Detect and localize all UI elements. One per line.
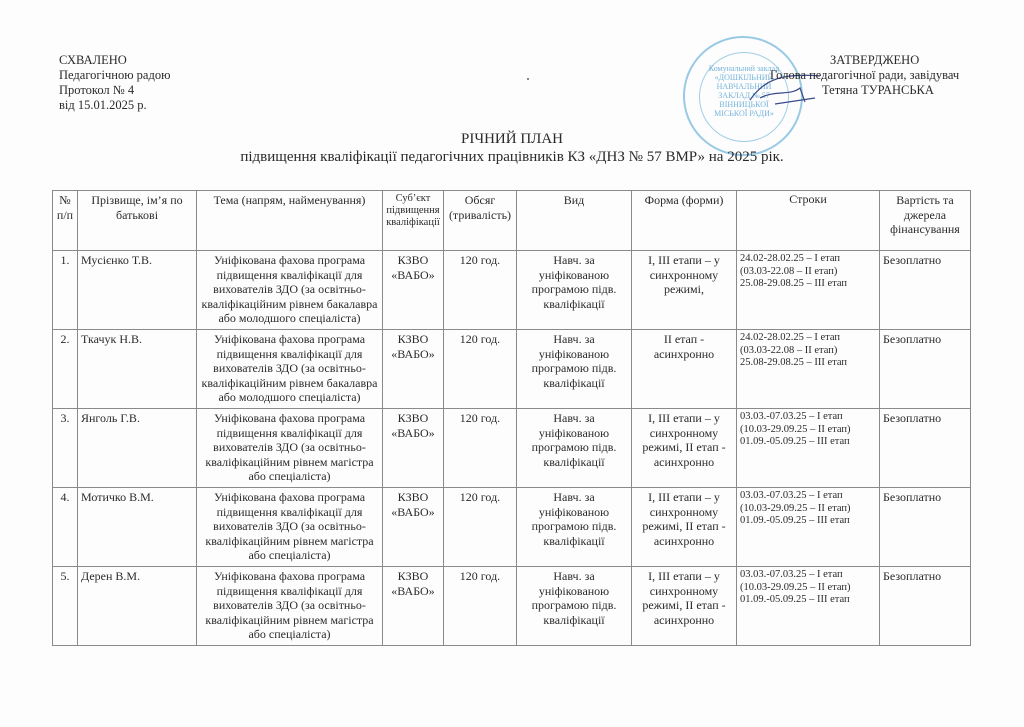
row-num: 1. bbox=[53, 251, 78, 330]
title-line1: РІЧНИЙ ПЛАН bbox=[0, 130, 1024, 148]
header-volume: Обсяг (тривалість) bbox=[444, 191, 517, 251]
date-line: (10.03-29.09.25 – ІІ етап) bbox=[740, 582, 876, 595]
row-topic: Уніфікована фахова програма підвищення к… bbox=[197, 409, 383, 488]
table-row: 1. Мусієнко Т.В. Уніфікована фахова прог… bbox=[53, 251, 971, 330]
table-row: 2. Ткачук Н.В. Уніфікована фахова програ… bbox=[53, 330, 971, 409]
row-cost: Безоплатно bbox=[880, 567, 971, 646]
row-volume: 120 год. bbox=[444, 409, 517, 488]
row-name: Ткачук Н.В. bbox=[78, 330, 197, 409]
row-volume: 120 год. bbox=[444, 251, 517, 330]
approval-left-line4: від 15.01.2025 р. bbox=[59, 98, 170, 113]
approval-left-line2: Педагогічною радою bbox=[59, 68, 170, 83]
table-row: 3. Янголь Г.В. Уніфікована фахова програ… bbox=[53, 409, 971, 488]
approval-left-line3: Протокол № 4 bbox=[59, 83, 170, 98]
row-num: 2. bbox=[53, 330, 78, 409]
row-dates: 24.02-28.02.25 – І етап(03.03-22.08 – ІІ… bbox=[737, 251, 880, 330]
row-name: Дерен В.М. bbox=[78, 567, 197, 646]
date-line: 01.09.-05.09.25 – ІІІ етап bbox=[740, 515, 876, 528]
header-cost: Вартість та джерела фінансування bbox=[880, 191, 971, 251]
row-num: 4. bbox=[53, 488, 78, 567]
table-row: 4. Мотичко В.М. Уніфікована фахова прогр… bbox=[53, 488, 971, 567]
table-row: 5. Дерен В.М. Уніфікована фахова програм… bbox=[53, 567, 971, 646]
header-kind: Вид bbox=[517, 191, 632, 251]
row-dates: 03.03.-07.03.25 – І етап(10.03-29.09.25 … bbox=[737, 409, 880, 488]
row-subject: КЗВО «ВАБО» bbox=[383, 567, 444, 646]
approval-right-line2: Голова педагогічної ради, завідувач bbox=[770, 68, 959, 83]
approval-right-line3: Тетяна ТУРАНСЬКА bbox=[770, 83, 959, 98]
row-name: Янголь Г.В. bbox=[78, 409, 197, 488]
approval-block-left: СХВАЛЕНО Педагогічною радою Протокол № 4… bbox=[59, 53, 170, 113]
row-cost: Безоплатно bbox=[880, 330, 971, 409]
row-topic: Уніфікована фахова програма підвищення к… bbox=[197, 251, 383, 330]
date-line: 03.03.-07.03.25 – І етап bbox=[740, 411, 876, 424]
row-num: 5. bbox=[53, 567, 78, 646]
row-volume: 120 год. bbox=[444, 567, 517, 646]
date-line: (03.03-22.08 – ІІ етап) bbox=[740, 345, 876, 358]
date-line: 03.03.-07.03.25 – І етап bbox=[740, 490, 876, 503]
row-form: І, ІІІ етапи – у синхронному режимі, bbox=[632, 251, 737, 330]
date-line: 01.09.-05.09.25 – ІІІ етап bbox=[740, 436, 876, 449]
row-topic: Уніфікована фахова програма підвищення к… bbox=[197, 488, 383, 567]
table-header-row: № п/п Прізвище, ім’я по батькові Тема (н… bbox=[53, 191, 971, 251]
date-line: (10.03-29.09.25 – ІІ етап) bbox=[740, 424, 876, 437]
row-dates: 24.02-28.02.25 – І етап(03.03-22.08 – ІІ… bbox=[737, 330, 880, 409]
date-line: 24.02-28.02.25 – І етап bbox=[740, 253, 876, 266]
row-topic: Уніфікована фахова програма підвищення к… bbox=[197, 567, 383, 646]
title-line2: підвищення кваліфікації педагогічних пра… bbox=[0, 148, 1024, 167]
training-plan-table: № п/п Прізвище, ім’я по батькові Тема (н… bbox=[52, 190, 971, 646]
approval-left-line1: СХВАЛЕНО bbox=[59, 53, 170, 68]
row-subject: КЗВО «ВАБО» bbox=[383, 409, 444, 488]
row-kind: Навч. за уніфікованою програмою підв. кв… bbox=[517, 567, 632, 646]
date-line: (10.03-29.09.25 – ІІ етап) bbox=[740, 503, 876, 516]
scan-speck bbox=[527, 78, 529, 80]
row-dates: 03.03.-07.03.25 – І етап(10.03-29.09.25 … bbox=[737, 567, 880, 646]
row-form: І, ІІІ етапи – у синхронному режимі, ІІ … bbox=[632, 488, 737, 567]
date-line: 24.02-28.02.25 – І етап bbox=[740, 332, 876, 345]
row-form: ІІ етап - асинхронно bbox=[632, 330, 737, 409]
row-volume: 120 год. bbox=[444, 330, 517, 409]
row-volume: 120 год. bbox=[444, 488, 517, 567]
header-num: № п/п bbox=[53, 191, 78, 251]
header-form: Форма (форми) bbox=[632, 191, 737, 251]
row-subject: КЗВО «ВАБО» bbox=[383, 488, 444, 567]
document-title: РІЧНИЙ ПЛАН підвищення кваліфікації педа… bbox=[0, 130, 1024, 167]
row-dates: 03.03.-07.03.25 – І етап(10.03-29.09.25 … bbox=[737, 488, 880, 567]
row-cost: Безоплатно bbox=[880, 251, 971, 330]
date-line: 25.08-29.08.25 – ІІІ етап bbox=[740, 357, 876, 370]
row-form: І, ІІІ етапи – у синхронному режимі, ІІ … bbox=[632, 567, 737, 646]
date-line: 03.03.-07.03.25 – І етап bbox=[740, 569, 876, 582]
row-name: Мусієнко Т.В. bbox=[78, 251, 197, 330]
header-dates: Строки bbox=[737, 191, 880, 251]
row-kind: Навч. за уніфікованою програмою підв. кв… bbox=[517, 409, 632, 488]
approval-block-right: ЗАТВЕРДЖЕНО Голова педагогічної ради, за… bbox=[770, 53, 959, 98]
header-name: Прізвище, ім’я по батькові bbox=[78, 191, 197, 251]
header-topic: Тема (напрям, найменування) bbox=[197, 191, 383, 251]
row-kind: Навч. за уніфікованою програмою підв. кв… bbox=[517, 330, 632, 409]
row-subject: КЗВО «ВАБО» bbox=[383, 251, 444, 330]
row-cost: Безоплатно bbox=[880, 409, 971, 488]
row-num: 3. bbox=[53, 409, 78, 488]
date-line: 25.08-29.08.25 – ІІІ етап bbox=[740, 278, 876, 291]
approval-right-line1: ЗАТВЕРДЖЕНО bbox=[770, 53, 959, 68]
date-line: (03.03-22.08 – ІІ етап) bbox=[740, 266, 876, 279]
date-line: 01.09.-05.09.25 – ІІІ етап bbox=[740, 594, 876, 607]
header-subject: Суб’єкт підвищення кваліфікації bbox=[383, 191, 444, 251]
row-kind: Навч. за уніфікованою програмою підв. кв… bbox=[517, 251, 632, 330]
row-cost: Безоплатно bbox=[880, 488, 971, 567]
row-subject: КЗВО «ВАБО» bbox=[383, 330, 444, 409]
row-topic: Уніфікована фахова програма підвищення к… bbox=[197, 330, 383, 409]
row-name: Мотичко В.М. bbox=[78, 488, 197, 567]
row-kind: Навч. за уніфікованою програмою підв. кв… bbox=[517, 488, 632, 567]
row-form: І, ІІІ етапи – у синхронному режимі, ІІ … bbox=[632, 409, 737, 488]
